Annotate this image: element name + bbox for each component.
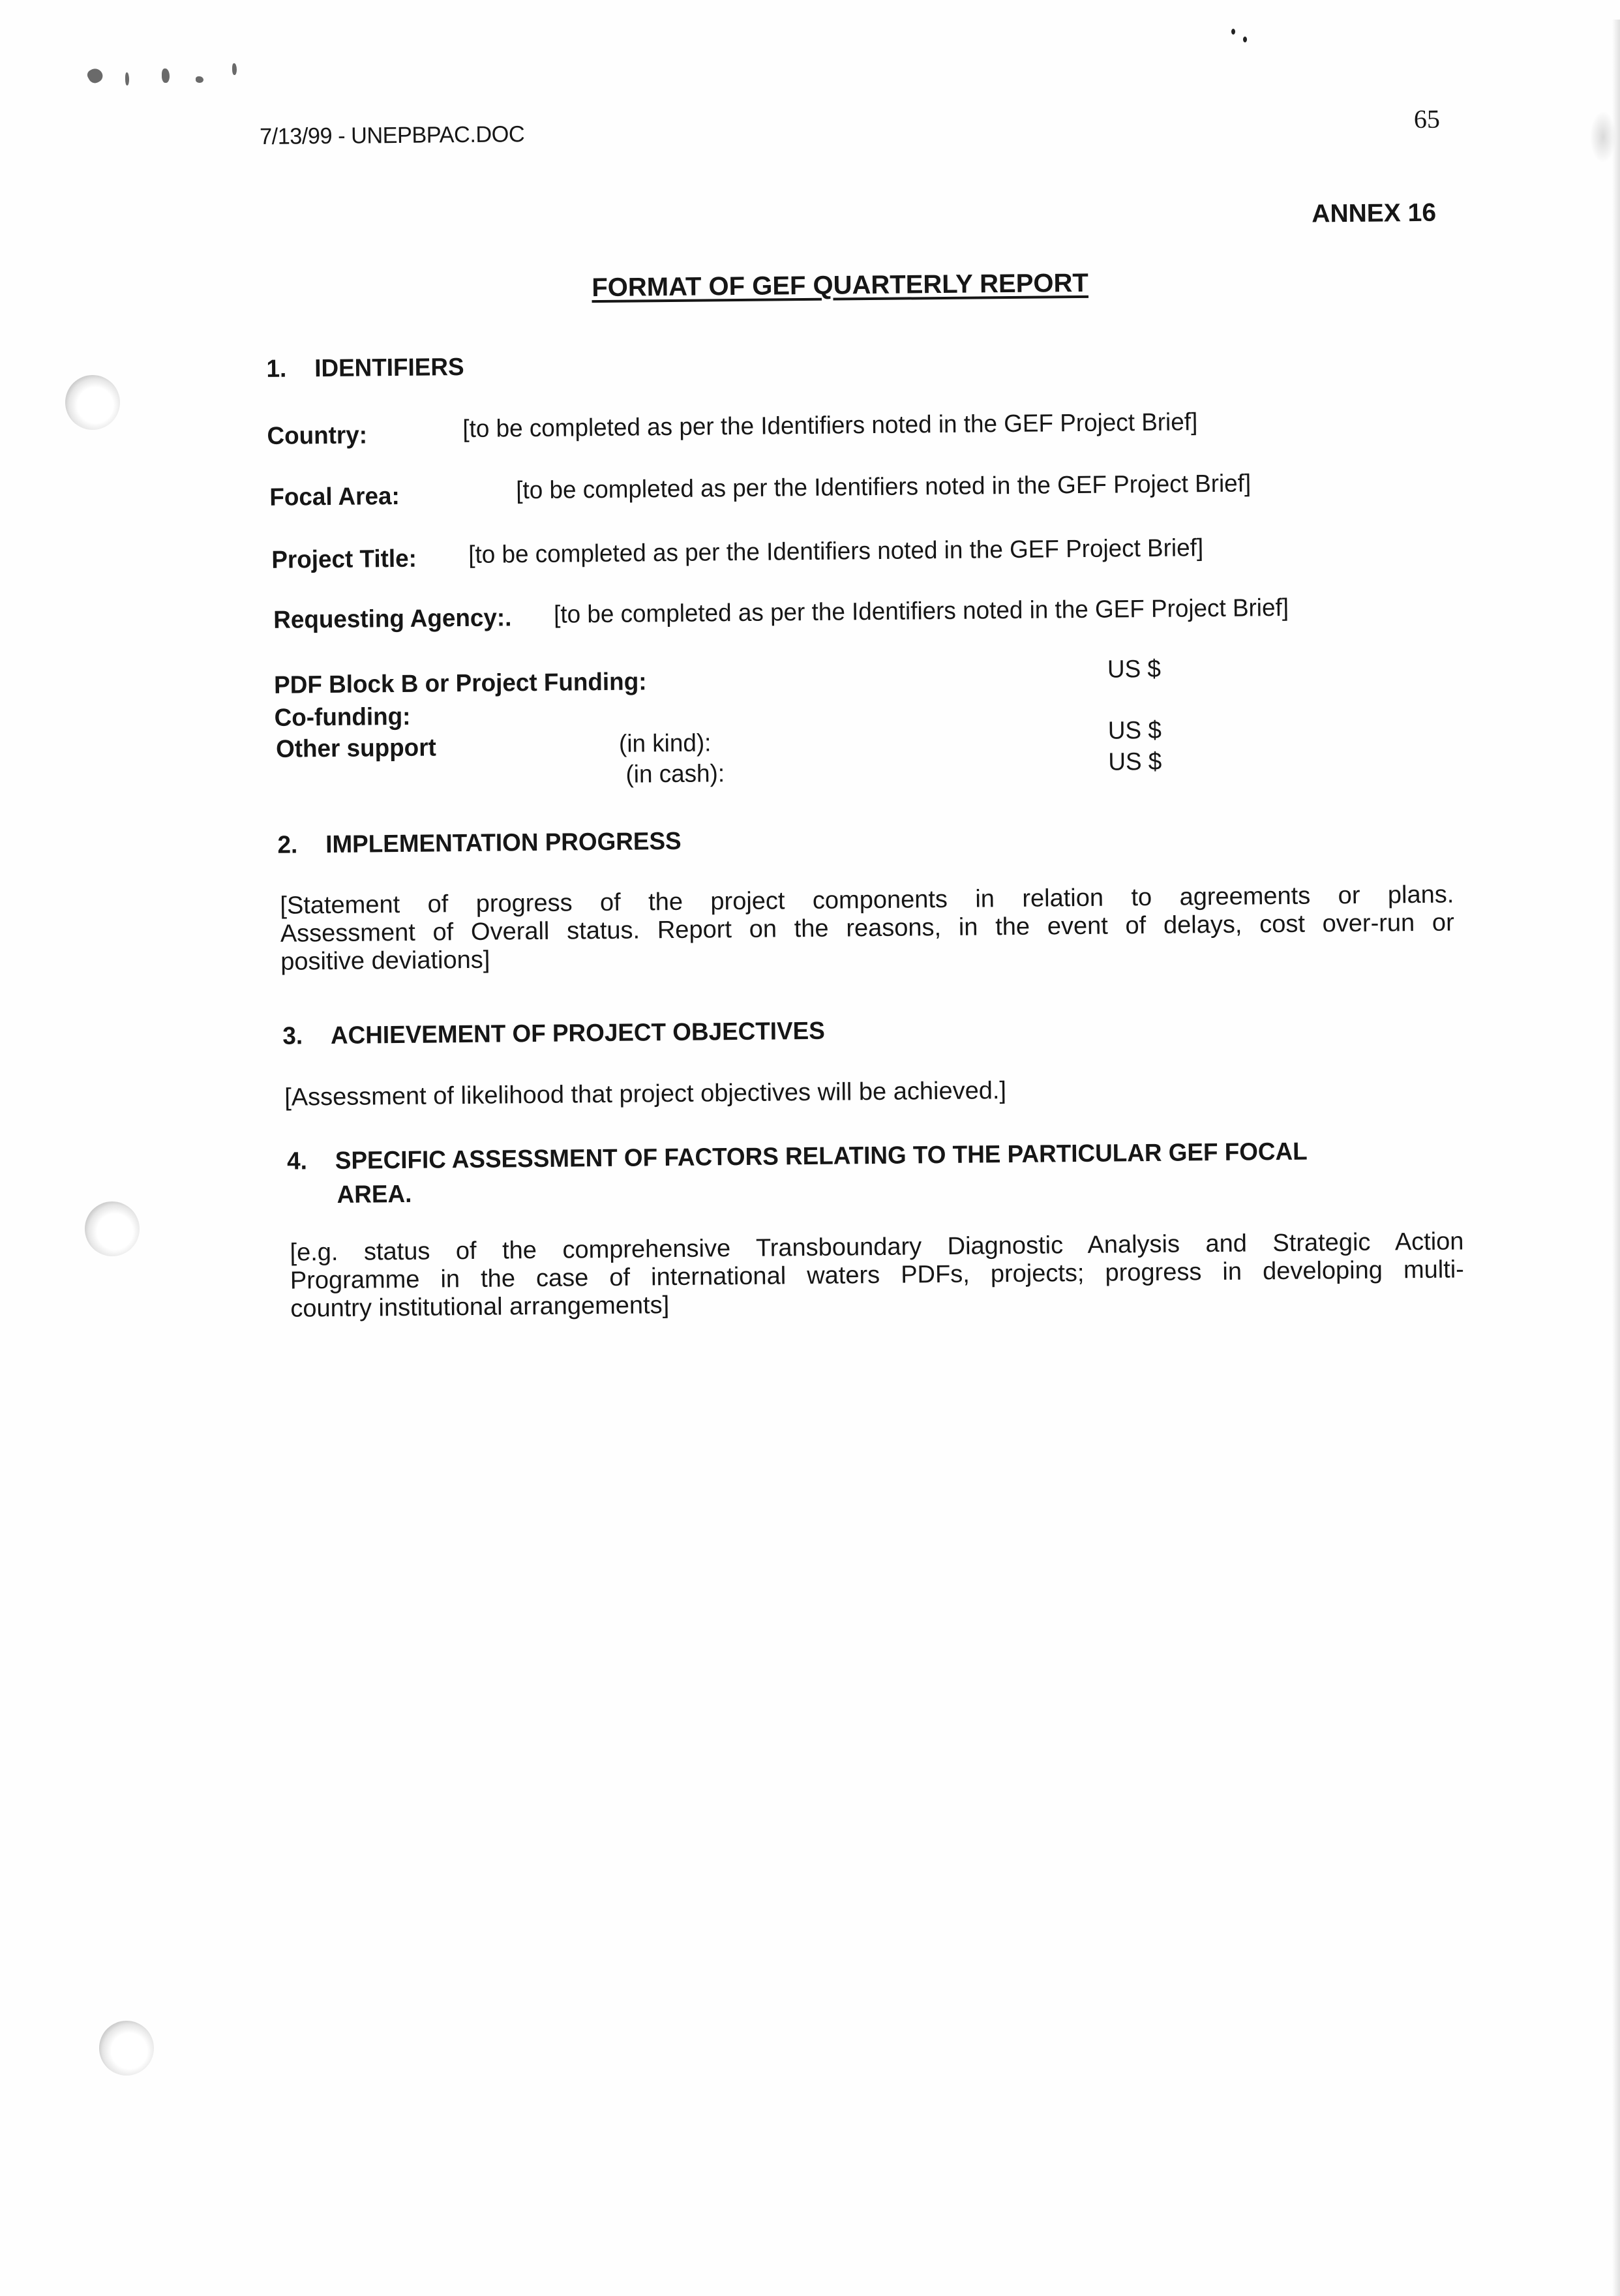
section-body-project-objectives: [Assessment of likelihood that project o…: [284, 1077, 1006, 1112]
field-label-country: Country:: [267, 421, 367, 450]
funding-currency-pdf-block: US $: [1107, 656, 1161, 684]
section-body-implementation-progress: [Statement of progress of the project co…: [280, 881, 1454, 976]
section-heading-project-objectives: 3.ACHIEVEMENT OF PROJECT OBJECTIVES: [282, 1018, 825, 1051]
section-title: SPECIFIC ASSESSMENT OF FACTORS RELATING …: [335, 1138, 1308, 1175]
section-number: 2.: [277, 831, 325, 860]
section-title: ACHIEVEMENT OF PROJECT OBJECTIVES: [331, 1018, 825, 1050]
page-number: 65: [1414, 104, 1440, 134]
annex-label: ANNEX 16: [1312, 199, 1436, 229]
section-title: IDENTIFIERS: [314, 354, 464, 382]
section-number: 3.: [282, 1022, 331, 1051]
field-label-focal-area: Focal Area:: [269, 483, 400, 512]
section-number: 1.: [266, 355, 314, 384]
section-heading-identifiers: 1.IDENTIFIERS: [266, 354, 464, 384]
field-value-country: [to be completed as per the Identifiers …: [462, 408, 1197, 444]
funding-currency-in-cash: US $: [1108, 748, 1162, 777]
field-label-requesting-agency: Requesting Agency:.: [273, 604, 512, 635]
funding-label-cofunding: Co-funding:: [274, 703, 410, 733]
scanned-page: 7/13/99 - UNEPBPAC.DOC 65 ANNEX 16 FORMA…: [0, 0, 1620, 2296]
section-heading-specific-assessment: 4.SPECIFIC ASSESSMENT OF FACTORS RELATIN…: [287, 1138, 1308, 1176]
section-number: 4.: [287, 1147, 335, 1176]
funding-currency-in-kind: US $: [1108, 717, 1162, 746]
funding-label-in-cash: (in cash):: [625, 760, 725, 789]
document-content: 7/13/99 - UNEPBPAC.DOC 65 ANNEX 16 FORMA…: [0, 0, 1620, 2296]
field-value-project-title: [to be completed as per the Identifiers …: [468, 534, 1203, 569]
field-value-requesting-agency: [to be completed as per the Identifiers …: [554, 594, 1289, 629]
section-body-specific-assessment: [e.g. status of the comprehensive Transb…: [290, 1228, 1464, 1323]
section-heading-continuation: AREA.: [337, 1181, 412, 1209]
document-reference: 7/13/99 - UNEPBPAC.DOC: [260, 121, 524, 150]
section-title: IMPLEMENTATION PROGRESS: [325, 828, 682, 858]
page-title: FORMAT OF GEF QUARTERLY REPORT: [592, 269, 1088, 303]
section-heading-implementation-progress: 2.IMPLEMENTATION PROGRESS: [277, 828, 682, 860]
field-label-project-title: Project Title:: [271, 545, 417, 575]
body-line: [Assessment of likelihood that project o…: [284, 1077, 1006, 1112]
funding-label-in-kind: (in kind):: [619, 729, 712, 758]
funding-label-other-support: Other support: [276, 734, 436, 763]
field-value-focal-area: [to be completed as per the Identifiers …: [516, 470, 1251, 505]
funding-label-pdf-block: PDF Block B or Project Funding:: [274, 668, 647, 699]
